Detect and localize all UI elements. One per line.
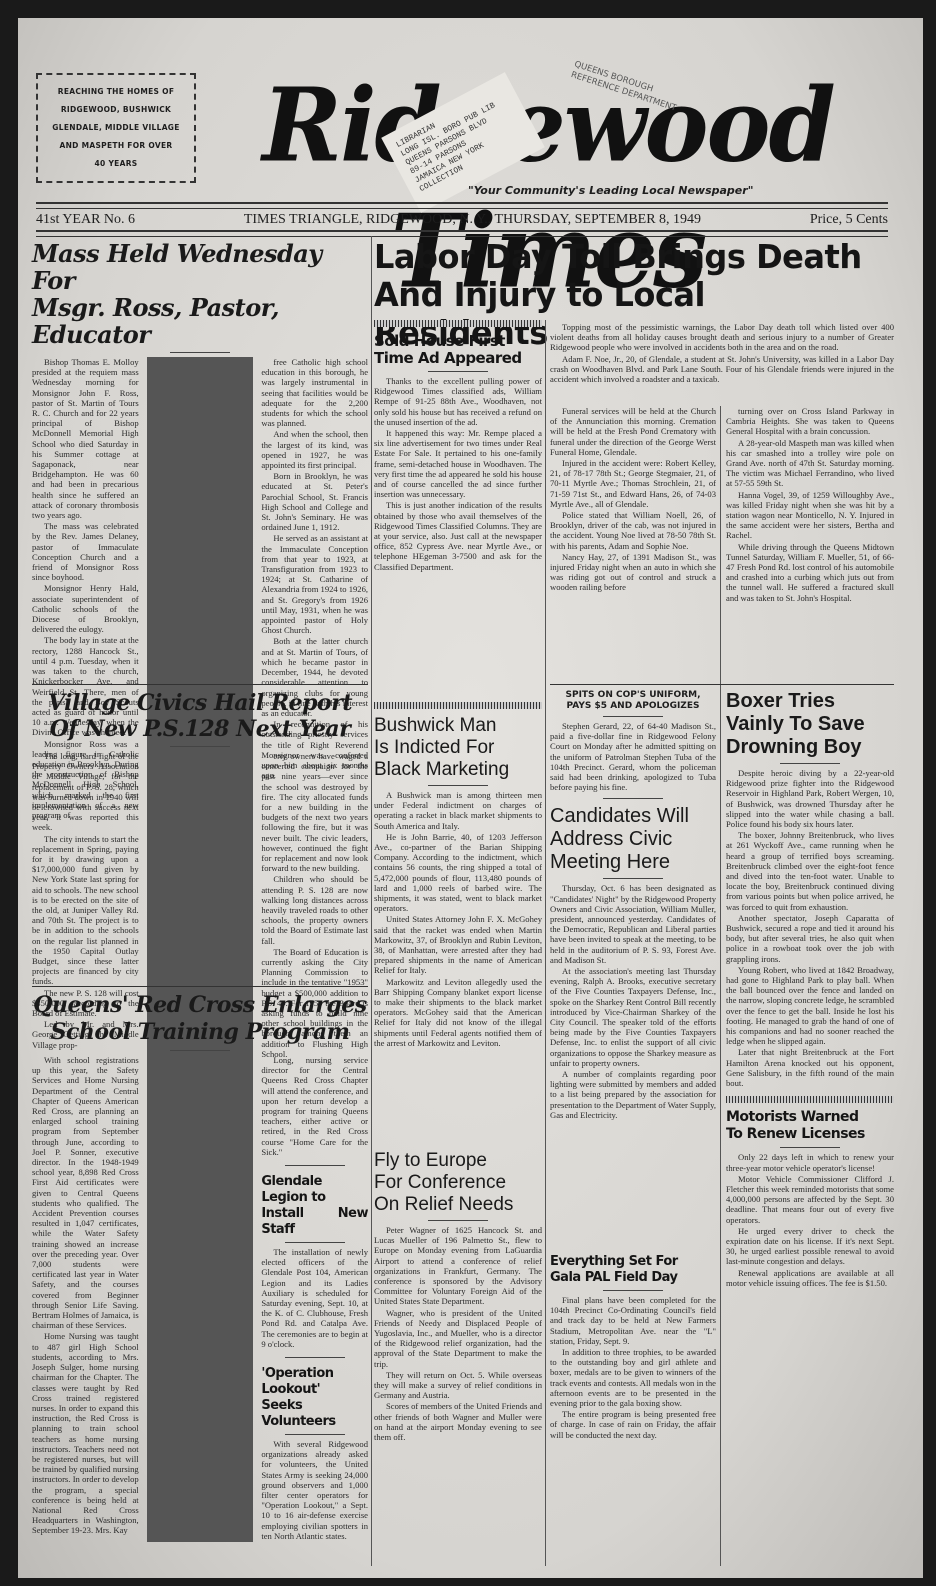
- headline: Boxer Tries Vainly To Save Drowning Boy: [726, 690, 894, 759]
- paragraph: Thursday, Oct. 6 has been designated as …: [550, 883, 716, 965]
- paragraph: Markowitz and Leviton allegedly used the…: [374, 977, 542, 1048]
- article-body: Despite heroic diving by a 22-year-old R…: [726, 768, 894, 1088]
- headline-line: Meeting Here: [550, 851, 716, 874]
- article-body: Final plans have been completed for the …: [550, 1295, 716, 1440]
- headline-line: On Relief Needs: [374, 1194, 542, 1216]
- year-number: 41st YEAR No. 6: [36, 212, 135, 228]
- headline-candidates: Candidates Will Address Civic Meeting He…: [550, 805, 716, 874]
- headline-lookout: 'Operation Lookout' Seeks Volunteers: [261, 1366, 368, 1430]
- article-bushwick: Bushwick Man Is Indicted For Black Marke…: [374, 702, 542, 1049]
- article-spits: SPITS ON COP'S UNIFORM, PAYS $5 AND APOL…: [550, 690, 716, 1121]
- headline-line: Queens' Red Cross Enlarges: [32, 992, 368, 1019]
- headline: SPITS ON COP'S UNIFORM, PAYS $5 AND APOL…: [550, 690, 716, 712]
- paragraph: A number of complaints regarding poor li…: [550, 1069, 716, 1120]
- dateline: TIMES TRIANGLE, RIDGEWOOD, N. Y., THURSD…: [244, 212, 701, 228]
- headline-line: Vainly To Save: [726, 713, 894, 736]
- ear-line: RIDGEWOOD, BUSHWICK: [38, 101, 194, 119]
- paragraph: With several Ridgewood organizations alr…: [261, 1439, 368, 1541]
- article-labor-day-col1: Funeral services will be held at the Chu…: [550, 406, 716, 594]
- headline-line: Boxer Tries: [726, 690, 894, 713]
- divider: [603, 1290, 663, 1291]
- paragraph: Scores of members of the United Friends …: [374, 1401, 542, 1442]
- divider: [170, 1050, 230, 1051]
- paragraph: Long, nursing service director for the C…: [261, 1055, 368, 1157]
- headline: Mass Held Wednesday For Msgr. Ross, Past…: [32, 240, 368, 348]
- paragraph: Born in Brooklyn, he was educated at St.…: [261, 471, 368, 532]
- paragraph: Later that night Breitenbruck at the For…: [726, 1047, 894, 1088]
- ear-box: REACHING THE HOMES OF RIDGEWOOD, BUSHWIC…: [36, 73, 196, 183]
- paragraph: While driving through the Queens Midtown…: [726, 542, 894, 603]
- headline-line: Glendale Legion to: [261, 1174, 368, 1206]
- paragraph: Adam F. Noe, Jr., 20, of Glendale, a stu…: [550, 354, 894, 385]
- paragraph: Police stated that William Noell, 26, of…: [550, 510, 716, 551]
- headline: Everything Set For Gala PAL Field Day: [550, 1254, 716, 1286]
- paragraph: It happened this way: Mr. Rempe placed a…: [374, 428, 542, 499]
- paragraph: free Catholic high school education in t…: [261, 357, 368, 428]
- paragraph: He served as an assistant at the Immacul…: [261, 533, 368, 635]
- divider: [603, 878, 663, 879]
- headline-line: Black Marketing: [374, 759, 542, 781]
- paragraph: Injured in the accident were: Robert Kel…: [550, 458, 716, 509]
- divider: [428, 371, 488, 372]
- article-body: Peter Wagner of 1625 Hancock St. and Luc…: [374, 1225, 542, 1442]
- paragraph: Hanna Vogel, 39, of 1259 Willoughby Ave.…: [726, 490, 894, 541]
- article-body: A Bushwick man is among thirteen men und…: [374, 790, 542, 1048]
- paragraph: United States Attorney John F. X. McGohe…: [374, 914, 542, 975]
- tagline: "Your Community's Leading Local Newspape…: [468, 184, 753, 197]
- headline-line: 'Operation Lookout': [261, 1366, 368, 1398]
- newspaper-title: Ridgewood Times: [218, 63, 878, 189]
- paragraph: He urged every driver to check the expir…: [726, 1226, 894, 1267]
- divider: [285, 1357, 345, 1358]
- divider: [780, 1147, 840, 1148]
- paragraph: A 28-year-old Maspeth man was killed whe…: [726, 438, 894, 489]
- headline-line: School Training Program: [32, 1019, 368, 1046]
- article-boxer: Boxer Tries Vainly To Save Drowning Boy …: [726, 690, 894, 1289]
- headline-line: Village Civics Hail Report: [32, 690, 368, 716]
- headline-line: For Conference: [374, 1172, 542, 1194]
- headline-line: Drowning Boy: [726, 736, 894, 759]
- paragraph: He is John Barrie, 40, of 1203 Jefferson…: [374, 832, 542, 914]
- paragraph: Stephen Gerard, 22, of 64-40 Madison St.…: [550, 721, 716, 792]
- paragraph: Topping most of the pessimistic warnings…: [550, 322, 894, 353]
- headline-line: Mass Held Wednesday For: [32, 240, 368, 294]
- ear-line: 40 YEARS: [38, 155, 194, 173]
- headline-line: Labor Day Toll Brings Death: [374, 238, 878, 276]
- section-rule: [32, 986, 368, 987]
- headline-line: Gala PAL Field Day: [550, 1270, 716, 1286]
- divider: [780, 763, 840, 764]
- paragraph: erty owners have waged a concerted campa…: [261, 751, 368, 873]
- divider: [285, 1242, 345, 1243]
- paragraph: They will return on Oct. 5. While overse…: [374, 1370, 542, 1401]
- divider: [170, 746, 230, 747]
- column-rule: [720, 406, 721, 1566]
- paragraph: The long, hard fight of the Property Own…: [32, 751, 139, 833]
- headline: Sold House First Time Ad Appeared: [374, 333, 542, 367]
- headline-motorists: Motorists Warned To Renew Licenses: [726, 1109, 894, 1143]
- article-body: Thursday, Oct. 6 has been designated as …: [550, 883, 716, 1120]
- paragraph: Funeral services will be held at the Chu…: [550, 406, 716, 457]
- article-red-cross: Queens' Red Cross Enlarges School Traini…: [32, 992, 368, 1542]
- headline-line: Motorists Warned: [726, 1109, 894, 1126]
- paragraph: Young Robert, who lived at 1842 Broadway…: [726, 965, 894, 1047]
- headline-line: Of New P.S.128 Next Year: [32, 716, 368, 742]
- article-sold-house: Sold House First Time Ad Appeared Thanks…: [374, 320, 542, 573]
- divider: [428, 785, 488, 786]
- article-labor-day-col2: turning over on Cross Island Parkway in …: [726, 406, 894, 604]
- ear-line: GLENDALE, MIDDLE VILLAGE: [38, 119, 194, 137]
- headline-line: PAYS $5 AND APOLOGIZES: [550, 701, 716, 712]
- divider: [603, 716, 663, 717]
- newspaper-page: REACHING THE HOMES OF RIDGEWOOD, BUSHWIC…: [18, 18, 923, 1578]
- paragraph: Home Nursing was taught to 487 girl High…: [32, 1331, 139, 1535]
- headline-line: Time Ad Appeared: [374, 350, 542, 367]
- paragraph: Bishop Thomas E. Molloy presided at the …: [32, 357, 139, 520]
- paragraph: Children who should be attending P. S. 1…: [261, 874, 368, 945]
- article-body: Stephen Gerard, 22, of 64-40 Madison St.…: [550, 721, 716, 792]
- headline-line: Seeks Volunteers: [261, 1398, 368, 1430]
- column: With school registrations up this year, …: [32, 1055, 139, 1542]
- paragraph: In addition to three trophies, to be awa…: [550, 1347, 716, 1408]
- paragraph: turning over on Cross Island Parkway in …: [726, 406, 894, 437]
- column-rule: [147, 1055, 254, 1542]
- divider: [374, 702, 542, 709]
- paragraph: A Bushwick man is among thirteen men und…: [374, 790, 542, 831]
- paragraph: With school registrations up this year, …: [32, 1055, 139, 1330]
- headline: Fly to Europe For Conference On Relief N…: [374, 1150, 542, 1216]
- headline-line: Msgr. Ross, Pastor, Educator: [32, 294, 368, 348]
- paragraph: The boxer, Johnny Breitenbruck, who live…: [726, 830, 894, 912]
- headline: Queens' Red Cross Enlarges School Traini…: [32, 992, 368, 1046]
- price: Price, 5 Cents: [810, 212, 888, 228]
- article-body: With school registrations up this year, …: [32, 1055, 368, 1542]
- column-rule: [371, 236, 372, 1566]
- headline-line: Address Civic: [550, 828, 716, 851]
- ear-line: AND MASPETH FOR OVER: [38, 137, 194, 155]
- folio-rule-bottom: [36, 230, 888, 237]
- ear-line: REACHING THE HOMES OF: [38, 83, 194, 101]
- divider: [170, 352, 230, 353]
- paragraph: Monsignor Henry Hald, associate superint…: [32, 583, 139, 634]
- article-europe: Fly to Europe For Conference On Relief N…: [374, 1150, 542, 1443]
- headline-line: To Renew Licenses: [726, 1126, 894, 1143]
- headline-line: Everything Set For: [550, 1254, 716, 1270]
- paragraph: This is just another indication of the r…: [374, 500, 542, 571]
- paragraph: Only 22 days left in which to renew your…: [726, 1152, 894, 1172]
- paragraph: Wagner, who is president of the United F…: [374, 1308, 542, 1369]
- paragraph: Peter Wagner of 1625 Hancock St. and Luc…: [374, 1225, 542, 1307]
- folio-rule-top: [36, 202, 888, 209]
- paragraph: And when the school, then the largest of…: [261, 429, 368, 470]
- paragraph: The mass was celebrated by the Rev. Jame…: [32, 521, 139, 582]
- article-body: Only 22 days left in which to renew your…: [726, 1152, 894, 1288]
- headline-line: Bushwick Man: [374, 715, 542, 737]
- divider: [285, 1165, 345, 1166]
- headline: Village Civics Hail Report Of New P.S.12…: [32, 690, 368, 742]
- article-pal: Everything Set For Gala PAL Field Day Fi…: [550, 1254, 716, 1441]
- column-rule: [545, 320, 546, 1566]
- section-rule: [32, 684, 368, 685]
- paragraph: The entire program is being presented fr…: [550, 1409, 716, 1440]
- headline: Bushwick Man Is Indicted For Black Marke…: [374, 715, 542, 781]
- headline-line: Candidates Will: [550, 805, 716, 828]
- paragraph: At the association's meeting last Thursd…: [550, 966, 716, 1068]
- headline-line: SPITS ON COP'S UNIFORM,: [550, 690, 716, 701]
- headline-line: Sold House First: [374, 333, 542, 350]
- divider: [726, 1096, 894, 1103]
- paragraph: Another spectator, Joseph Caparatta of B…: [726, 913, 894, 964]
- paragraph: Despite heroic diving by a 22-year-old R…: [726, 768, 894, 829]
- folio-line: 41st YEAR No. 6 TIMES TRIANGLE, RIDGEWOO…: [36, 212, 888, 228]
- paragraph: Nancy Hay, 27, of 1391 Madison St., was …: [550, 552, 716, 593]
- paragraph: Motor Vehicle Commissioner Clifford J. F…: [726, 1174, 894, 1225]
- divider: [374, 320, 542, 327]
- article-labor-day-lead: Topping most of the pessimistic warnings…: [550, 322, 894, 385]
- divider: [428, 1220, 488, 1221]
- headline-line: Install New Staff: [261, 1206, 368, 1238]
- column: Long, nursing service director for the C…: [261, 1055, 368, 1542]
- divider: [285, 1434, 345, 1435]
- paragraph: The installation of newly elected office…: [261, 1247, 368, 1349]
- paragraph: Final plans have been completed for the …: [550, 1295, 716, 1346]
- headline-legion: Glendale Legion to Install New Staff: [261, 1174, 368, 1238]
- headline-line: Fly to Europe: [374, 1150, 542, 1172]
- divider: [603, 798, 663, 799]
- paragraph: Renewal applications are available at al…: [726, 1268, 894, 1288]
- paragraph: Thanks to the excellent pulling power of…: [374, 376, 542, 427]
- paragraph: The city intends to start the replacemen…: [32, 834, 139, 987]
- article-body: Thanks to the excellent pulling power of…: [374, 376, 542, 572]
- headline-line: Is Indicted For: [374, 737, 542, 759]
- section-rule: [550, 684, 894, 685]
